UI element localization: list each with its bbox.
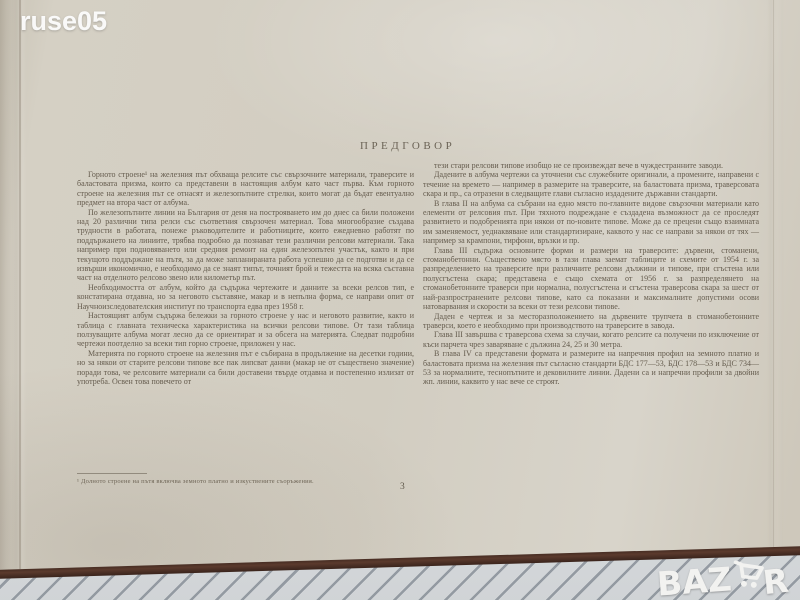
paragraph: Настоящият албум съдържа бележки за горн… — [77, 311, 414, 349]
paragraph: тези стари релсови типове изобщо не се п… — [423, 161, 759, 170]
paragraph: Глава III завършва с траверсова схема за… — [423, 330, 759, 349]
page-title: ПРЕДГОВОР — [360, 140, 455, 152]
bazar-logo-text-post: R — [761, 564, 790, 599]
book-page: ПРЕДГОВОР Горното строене¹ на железния п… — [0, 0, 800, 574]
paragraph: По железопътните линии на България от де… — [77, 208, 414, 283]
paragraph: Даден е чертеж и за месторазположението … — [423, 312, 759, 331]
paragraph: Горното строене¹ на железния път обхваща… — [77, 170, 414, 208]
shopping-cart-icon — [729, 554, 767, 595]
footnote-divider — [77, 473, 147, 474]
paragraph: Необходимостта от албум, който да съдърж… — [77, 283, 414, 311]
text-column-left: Горното строене¹ на железния път обхваща… — [77, 170, 414, 386]
paragraph: В глава IV са представени формата и разм… — [423, 349, 759, 387]
footnote-text: ¹ Долното строене на пътя включва земнот… — [77, 478, 417, 485]
text-column-right: тези стари релсови типове изобщо не се п… — [423, 161, 759, 387]
bazar-logo-watermark: BAZ R — [657, 552, 788, 598]
paragraph: Дадените в албума чертежи са уточнени съ… — [423, 170, 759, 198]
bazar-logo-text-pre: BAZ — [656, 562, 733, 600]
page-number: 3 — [400, 482, 405, 492]
marketplace-photo: ПРЕДГОВОР Горното строене¹ на железния п… — [0, 0, 800, 600]
page-right-crease — [773, 0, 774, 554]
paragraph: В глава II на албума са събрани на едно … — [423, 199, 759, 246]
seller-watermark: ruse05 — [20, 6, 107, 37]
paragraph: Материята по горното строене на железния… — [77, 349, 414, 387]
paragraph: Глава III съдържа основните форми и разм… — [423, 246, 759, 312]
page-left-crease — [19, 0, 21, 570]
